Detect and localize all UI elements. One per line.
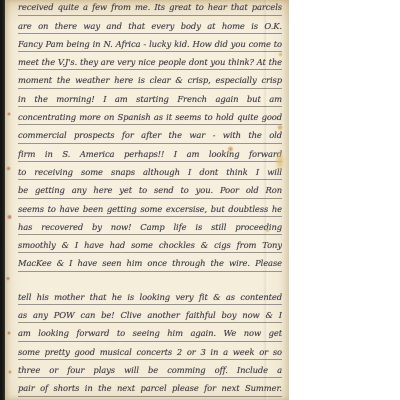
letter-line: commercial prospects for after the war -… <box>18 125 282 143</box>
foxing-spot <box>7 112 11 116</box>
letter-line: concentrating more on Spanish as it seem… <box>18 107 282 125</box>
letter-line: as any POW can be! Clive another faithfu… <box>18 305 282 323</box>
letter-line: are on there way and that every body at … <box>18 16 282 34</box>
letter-line: in the morning! I am starting French aga… <box>18 89 282 107</box>
letter-line: received quite a few from me. Its great … <box>18 0 282 16</box>
stain-spot <box>278 52 283 57</box>
stain-spot <box>277 124 283 131</box>
letter-line: am looking forward to seeing him again. … <box>18 323 282 341</box>
letter-line: tell his mother that he is looking very … <box>18 287 282 305</box>
foxing-spot <box>7 331 11 335</box>
stain-spot <box>227 146 234 152</box>
letter-line: Fancy Pam being in N. Africa - lucky kid… <box>18 34 282 52</box>
letter-line: has recovered by now! Camp life is still… <box>18 217 282 235</box>
foxing-spot <box>8 370 12 374</box>
letter-line: firm in S. America perhaps!! I am lookin… <box>18 144 282 162</box>
letter-line: moment the weather here is clear & crisp… <box>18 70 282 88</box>
letter-line: meet the V.J's. they are very nice peopl… <box>18 52 282 70</box>
letter-text-block: g y p q y j p g received quite a few fro… <box>18 0 282 397</box>
foxing-spot <box>6 276 10 281</box>
letter-line: pair of shorts in the next parcel please… <box>18 378 282 396</box>
foxing-spot <box>6 166 11 171</box>
letter-line: to receiving some snaps although I dont … <box>18 162 282 180</box>
stain-spot <box>275 150 285 172</box>
letter-line: be getting any here yet to send to you. … <box>18 180 282 198</box>
letter-line: smoothly & I have had some chockles & ci… <box>18 235 282 253</box>
letter-page-scan: g y p q y j p g received quite a few fro… <box>5 0 289 400</box>
letter-line: MacKee & I have seen him once through th… <box>18 253 282 271</box>
letter-line: three or four plays will be comming off.… <box>18 360 282 378</box>
letter-line: some pretty good musical concerts 2 or 3… <box>18 342 282 360</box>
letter-line: seems to have been getting some excersis… <box>18 199 282 217</box>
paragraph-gap <box>18 272 282 287</box>
foxing-spot <box>7 214 12 220</box>
stain-spot <box>265 228 270 233</box>
